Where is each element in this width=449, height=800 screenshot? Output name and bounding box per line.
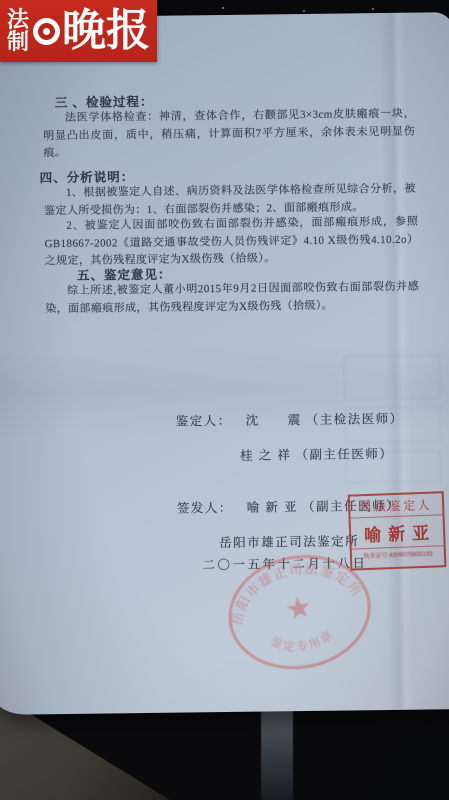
- svg-text:鉴定专用章: 鉴定专用章: [266, 622, 339, 660]
- legal-evening-news-logo: 法 制 晚报: [0, 0, 157, 62]
- issuer-label: 签发人：: [177, 501, 233, 516]
- seal-name-text: 喻新亚: [351, 515, 444, 549]
- appraiser1-name: 沈 震: [246, 413, 302, 428]
- ghost-stamp: [345, 406, 441, 443]
- analysis-paragraph-2: 2、被鉴定人因面部咬伤致右面部裂伤并感染，面部瘢痕形成，参照 GB18667-2…: [44, 214, 419, 271]
- seal-bottom-text: 鉴定专用章: [266, 622, 339, 660]
- ghost-stamp: [344, 354, 441, 399]
- target-circle-icon: [33, 18, 60, 45]
- issuer-seal-stamp: 司法鉴定人 喻新亚 执业证号:4309070800193: [348, 491, 447, 570]
- table-reflection: [261, 698, 293, 800]
- seal-cert-number: 执业证号:4309070800193: [352, 546, 444, 560]
- issuer-name: 喻 新 亚: [247, 500, 298, 515]
- logo-main-text: 晚报: [62, 0, 150, 62]
- examination-process-paragraph: 法医学体格检查：神清，查体合作，右颧部见3×3cm皮肤瘢痕一块，明显凸出皮面，质…: [43, 106, 416, 163]
- dust-speck: [222, 7, 224, 9]
- logo-char-top: 法: [7, 9, 29, 31]
- bleed-through-stamps: [344, 354, 442, 487]
- opinion-paragraph: 综上所述,被鉴定人董小明2015年9月2日因面部咬伤致右面部裂伤并感染，面部瘢痕…: [45, 279, 419, 319]
- appraiser-label: 鉴定人：: [176, 414, 232, 429]
- dust-speck: [372, 8, 374, 10]
- appraiser2-name: 桂 之 祥: [240, 448, 291, 463]
- dust-speck: [303, 10, 305, 12]
- logo-char-bottom: 制: [7, 31, 29, 53]
- ghost-stamp: [345, 450, 441, 483]
- star-icon: ★: [283, 590, 316, 627]
- photo-of-document: 三 、检验过程： 法医学体格检查：神清，查体合作，右颧部见3×3cm皮肤瘢痕一块…: [0, 0, 449, 800]
- logo-stacked-chars: 法 制: [7, 9, 29, 53]
- document-page: 三 、检验过程： 法医学体格检查：神清，查体合作，右颧部见3×3cm皮肤瘢痕一块…: [0, 12, 449, 715]
